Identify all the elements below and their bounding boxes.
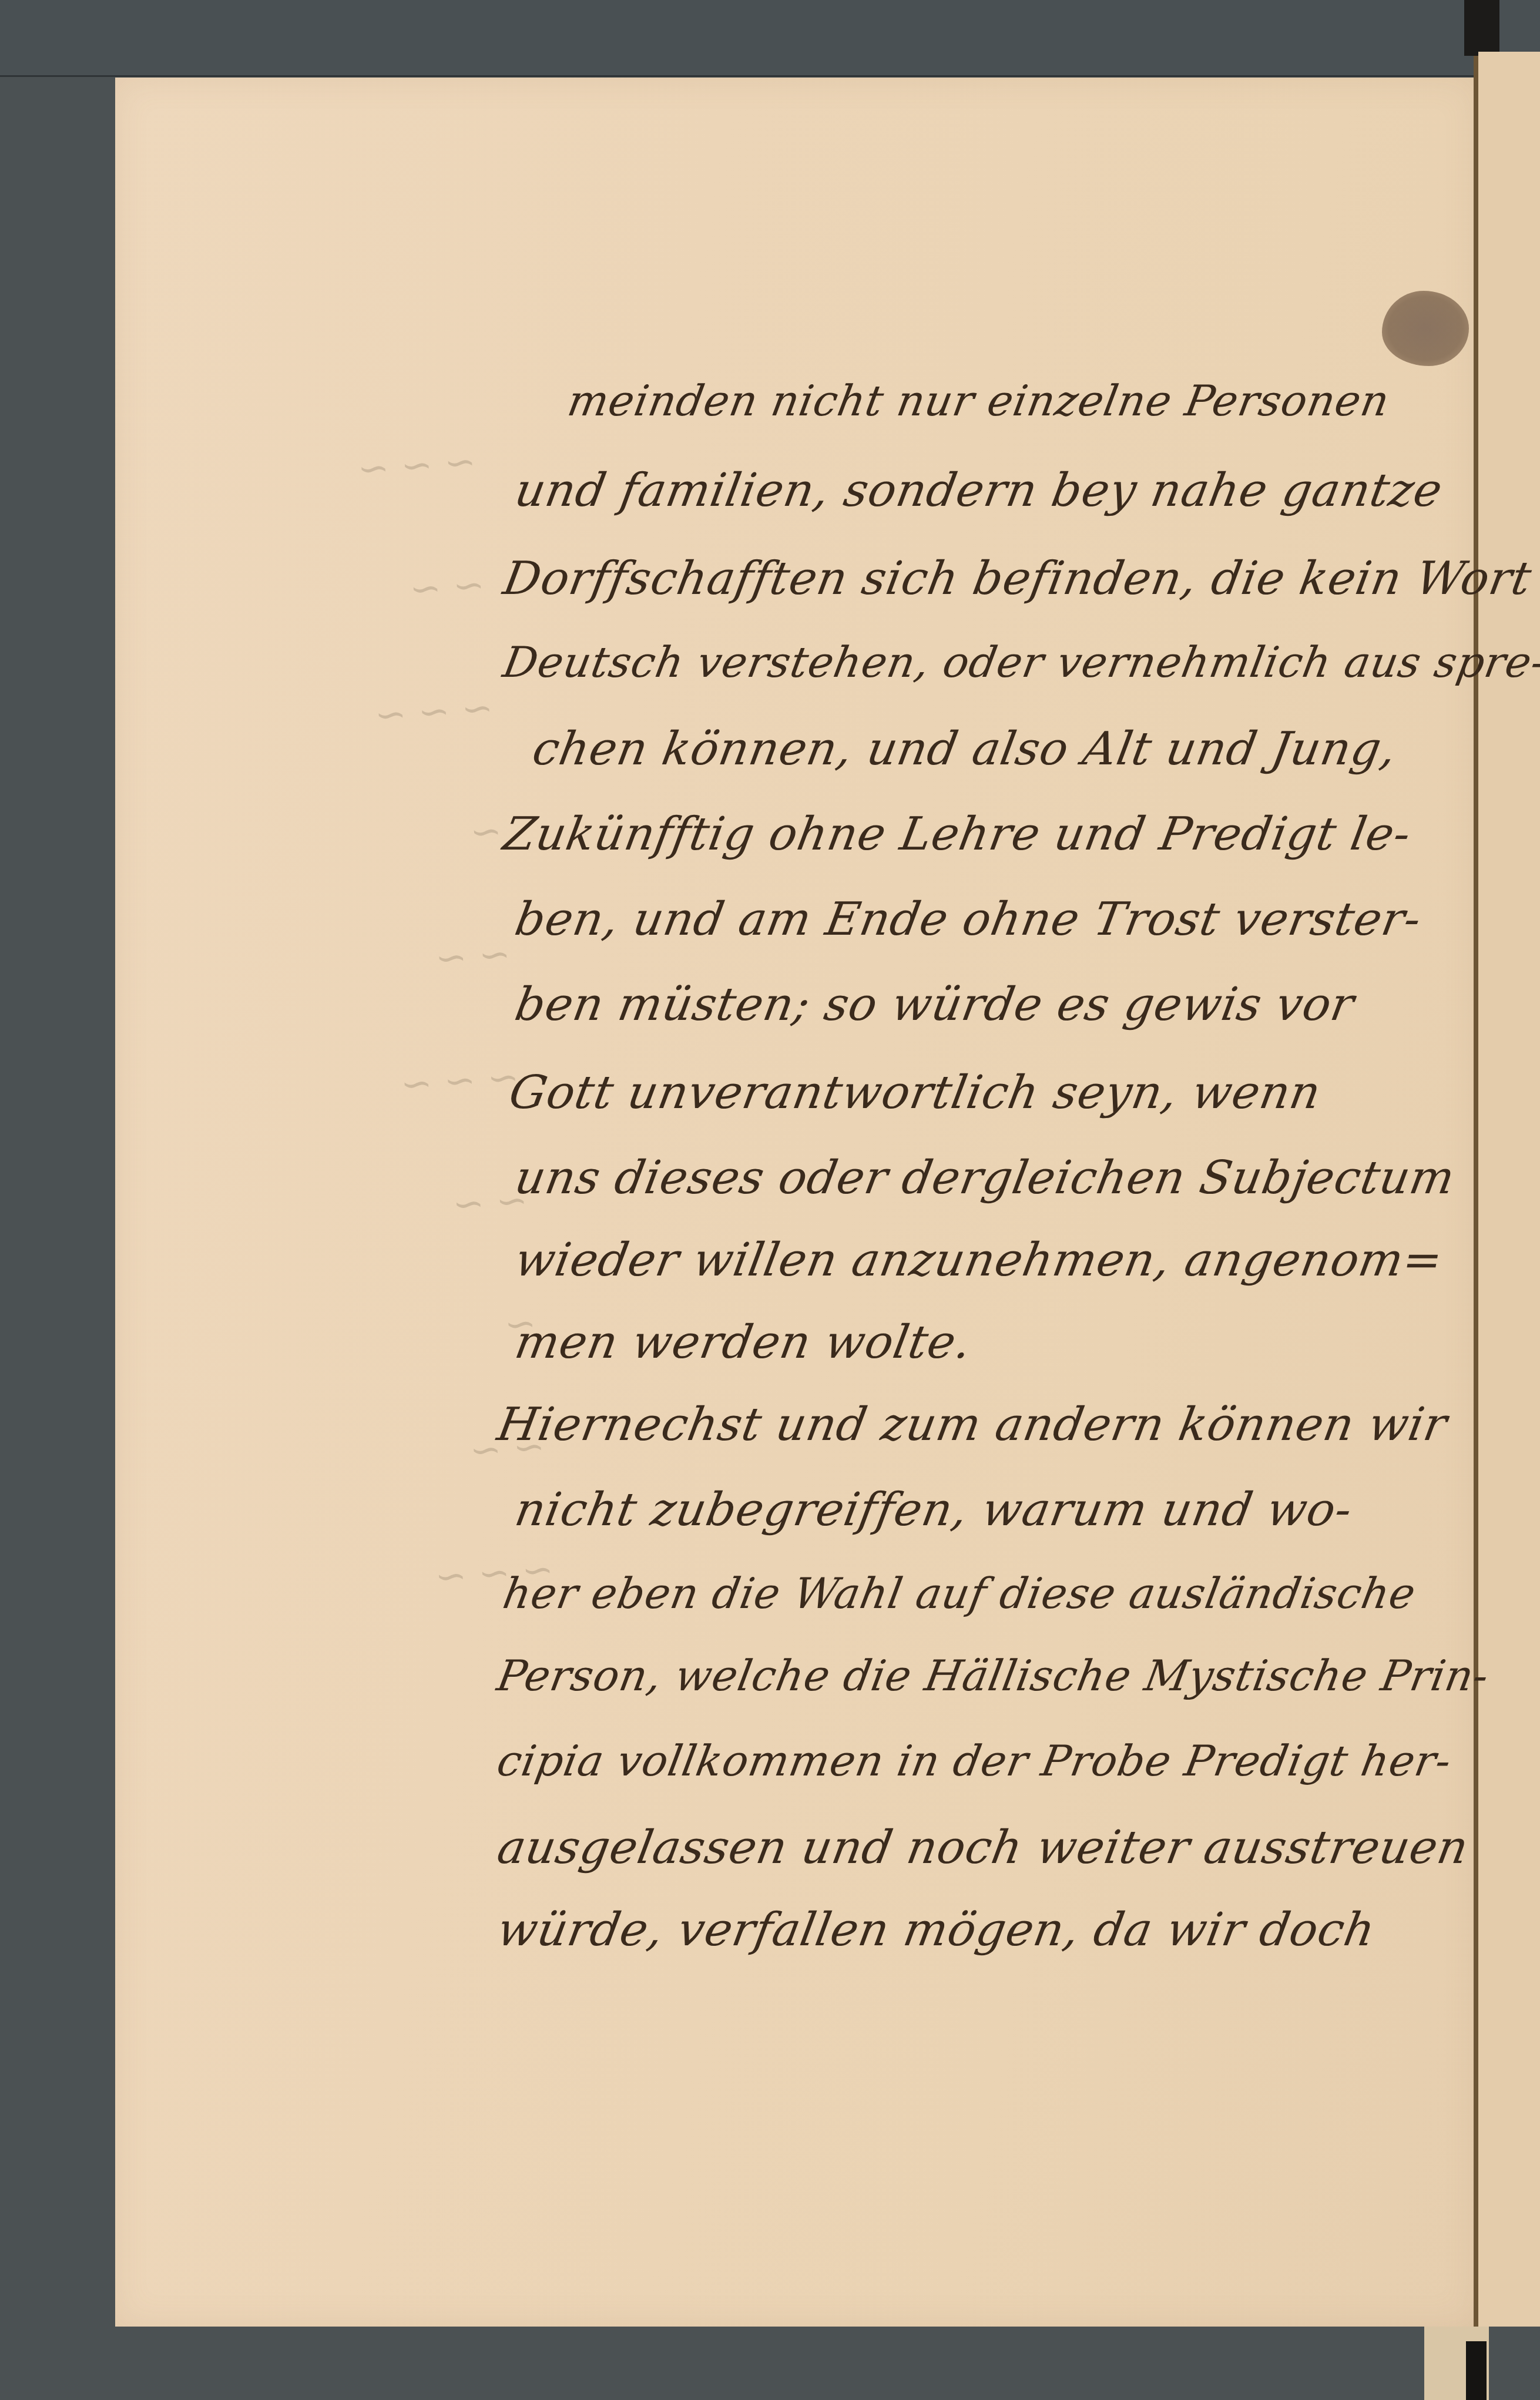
page-gutter: [1474, 56, 1478, 2327]
facing-page-edge: [1478, 52, 1540, 2327]
binding-spine-gap: [1466, 2341, 1487, 2400]
manuscript-line: ben, und am Ende ohne Trost verster-: [511, 893, 1425, 946]
manuscript-line: nicht zubegreiffen, warum und wo-: [511, 1483, 1356, 1536]
manuscript-line: Person, welche die Hällische Mystische P…: [494, 1651, 1493, 1700]
binding-spine: [1464, 0, 1499, 56]
manuscript-line: würde, verfallen mögen, da wir doch: [494, 1904, 1379, 1956]
manuscript-line: meinden nicht nur einzelne Personen: [564, 376, 1393, 425]
manuscript-line: chen können, und also Alt und Jung,: [529, 723, 1401, 776]
manuscript-line: Zukünfftig ohne Lehre und Predigt le-: [499, 808, 1415, 861]
scan-background-top: [0, 0, 1540, 77]
manuscript-line: ausgelassen und noch weiter ausstreuen: [494, 1821, 1472, 1874]
manuscript-line: uns dieses oder dergleichen Subjectum: [511, 1152, 1459, 1204]
manuscript-line: Hiernechst und zum andern können wir: [494, 1398, 1451, 1451]
ink-stain: [1382, 291, 1469, 366]
manuscript-line: men werden wolte.: [511, 1316, 975, 1369]
manuscript-line: ben müsten; so würde es gewis vor: [511, 978, 1358, 1031]
manuscript-line: Deutsch verstehen, oder vernehmlich aus …: [499, 637, 1540, 687]
manuscript-line: cipia vollkommen in der Probe Predigt he…: [494, 1736, 1455, 1785]
manuscript-line: und familien, sondern bey nahe gantze: [511, 464, 1447, 517]
manuscript-line: her eben die Wahl auf diese ausländische: [499, 1569, 1420, 1618]
manuscript-line: Gott unverantwortlich seyn, wenn: [505, 1066, 1325, 1119]
manuscript-line: Dorffschafften sich befinden, die kein W…: [499, 552, 1536, 605]
manuscript-line: wieder willen anzunehmen, angenom=: [511, 1234, 1447, 1287]
